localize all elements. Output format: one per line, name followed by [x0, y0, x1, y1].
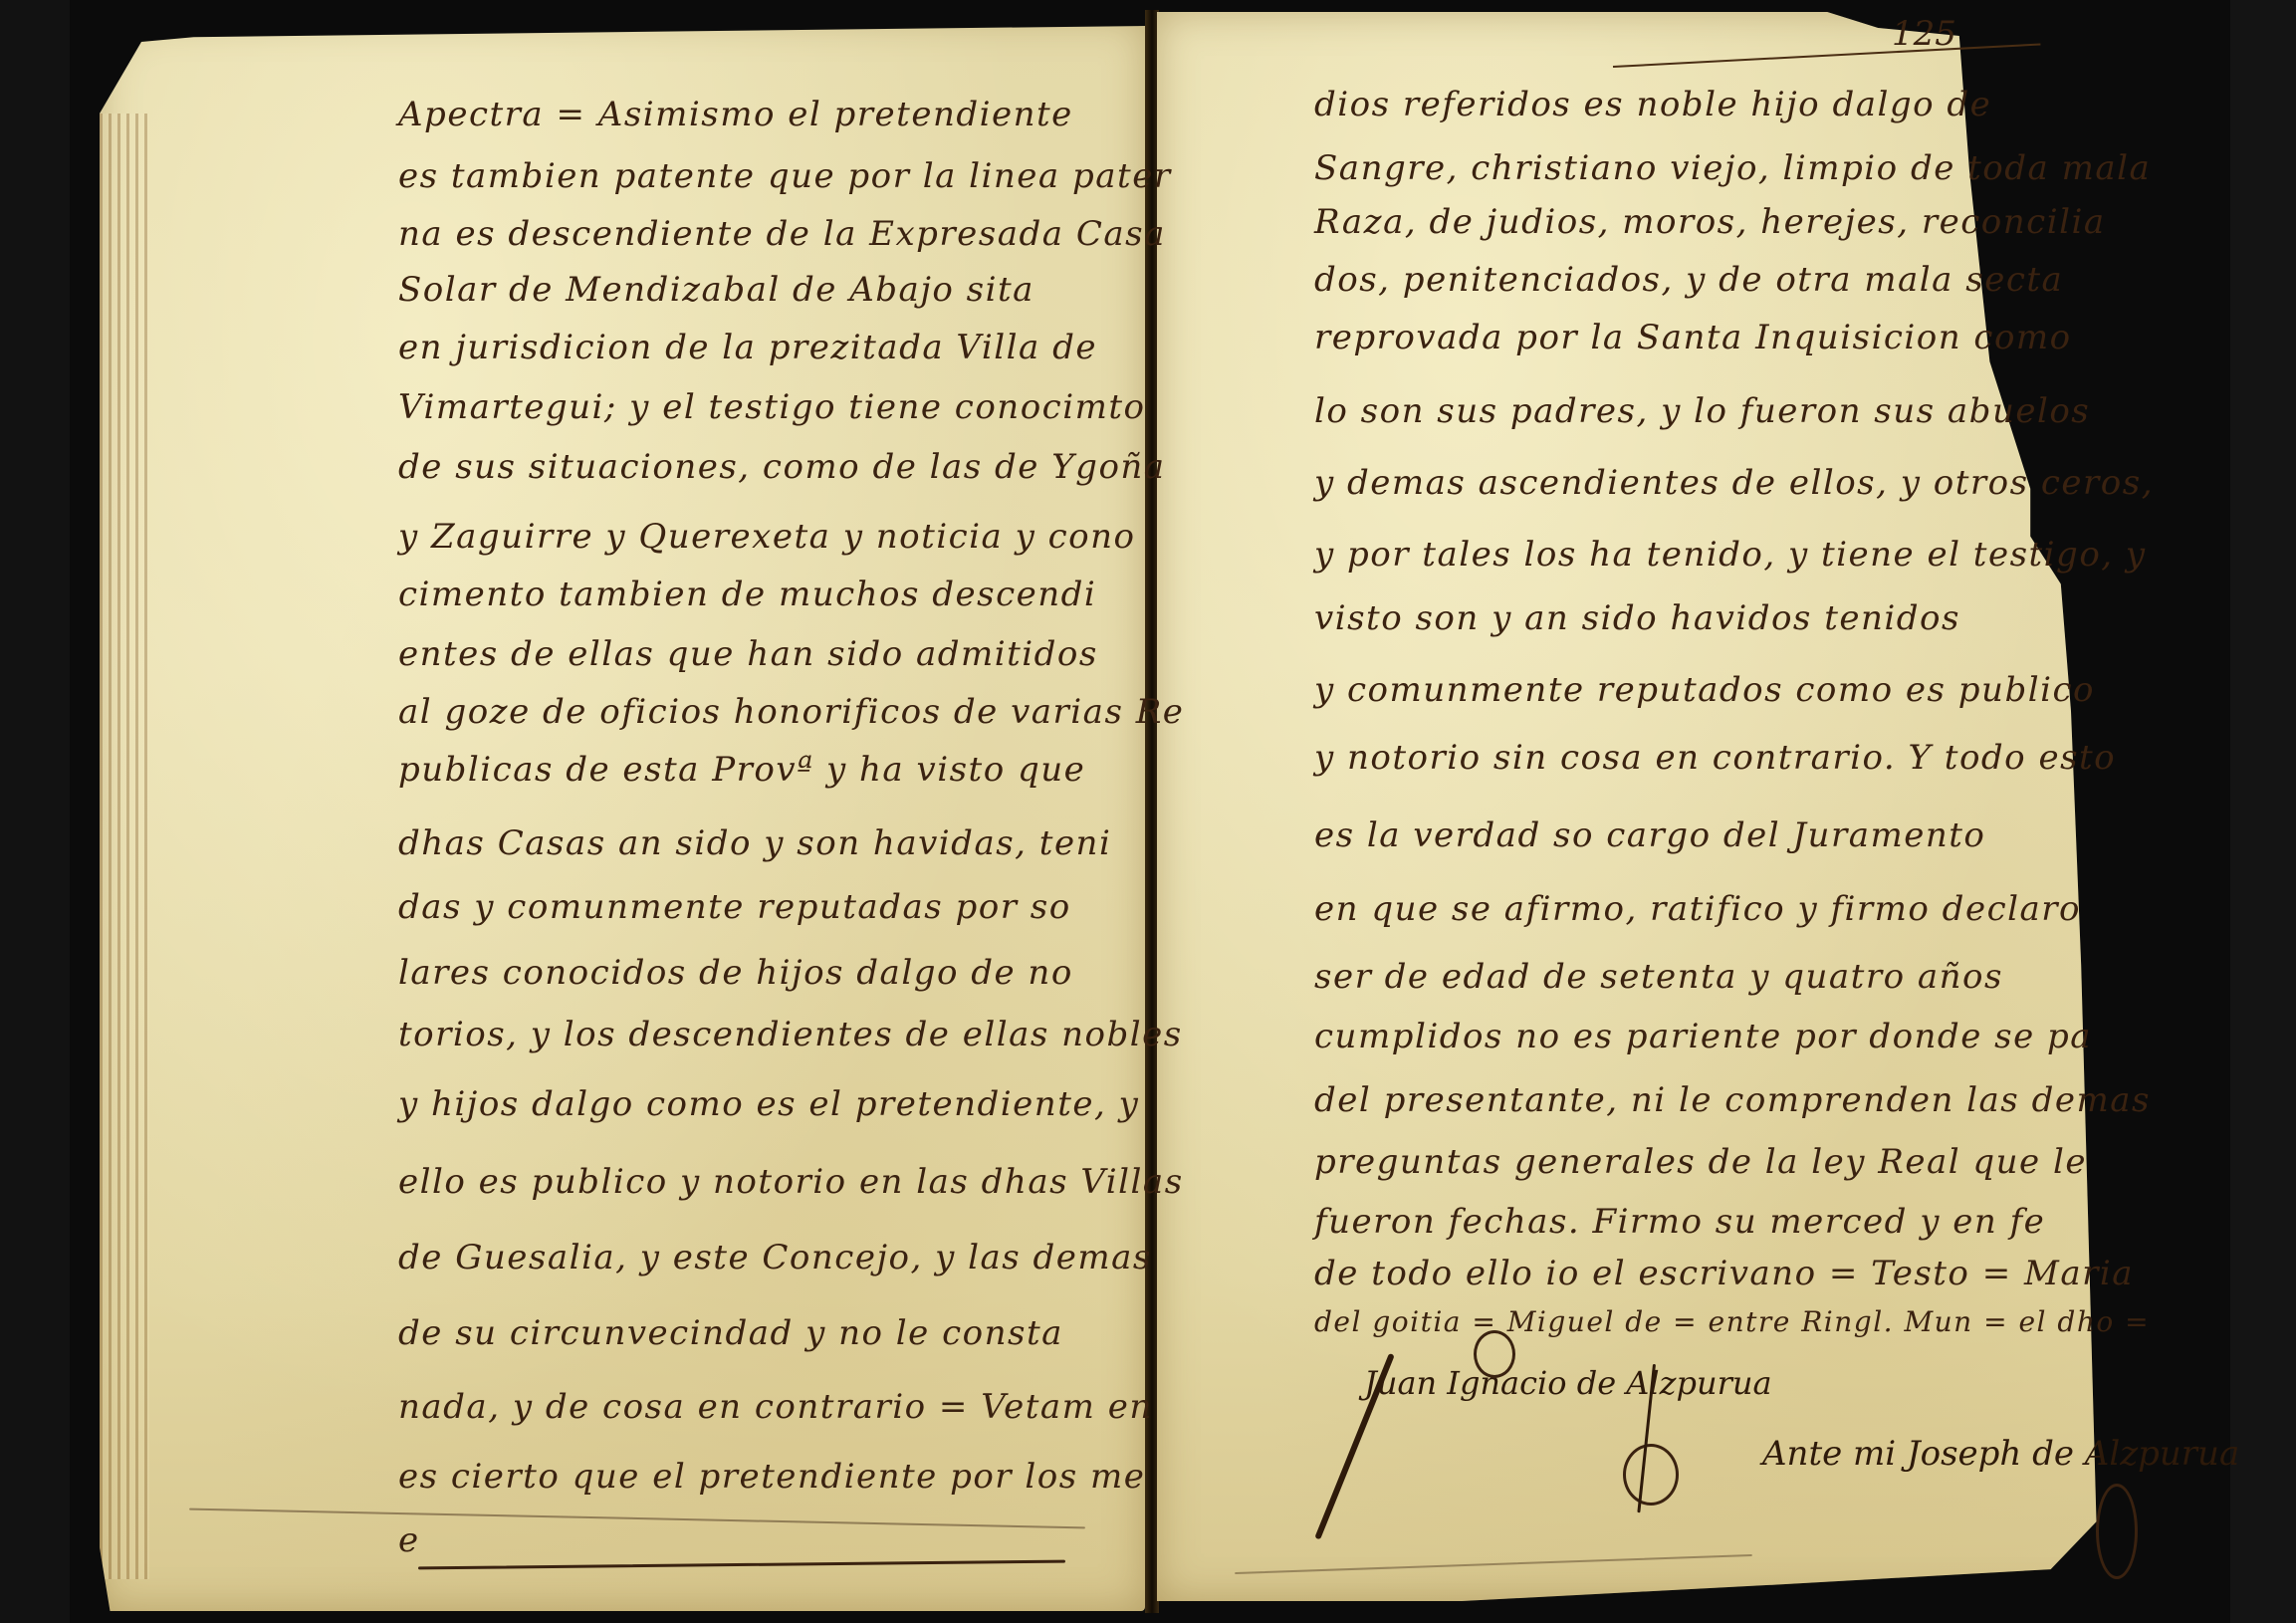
manuscript-line: y notorio sin cosa en contrario. Y todo …: [1314, 741, 2116, 775]
manuscript-line: en que se afirmo, ratifico y firmo decla…: [1314, 892, 2081, 926]
manuscript-line: torios, y los descendientes de ellas nob…: [398, 1018, 1183, 1051]
scan-frame-right: [2230, 0, 2296, 1623]
left-page-text: Apectra = Asimismo el pretendiente es ta…: [398, 0, 1155, 1593]
manuscript-line: y demas ascendientes de ellos, y otros c…: [1314, 466, 2154, 500]
manuscript-line: del presentante, ni le comprenden las de…: [1314, 1083, 2151, 1117]
manuscript-line: publicas de esta Provª y ha visto que: [398, 753, 1085, 787]
manuscript-line: nada, y de cosa en contrario = Vetam en: [398, 1390, 1153, 1424]
manuscript-line: de sus situaciones, como de las de Ygoña: [398, 450, 1166, 484]
manuscript-line: reprovada por la Santa Inquisicion como: [1314, 321, 2072, 354]
manuscript-line: y comunmente reputados como es publico: [1314, 673, 2095, 707]
manuscript-line: fueron fechas. Firmo su merced y en fe: [1314, 1205, 2045, 1239]
manuscript-line: y por tales los ha tenido, y tiene el te…: [1314, 538, 2147, 572]
manuscript-line: lares conocidos de hijos dalgo de no: [398, 956, 1073, 990]
manuscript-line: en jurisdicion de la prezitada Villa de: [398, 331, 1097, 364]
manuscript-line: Apectra = Asimismo el pretendiente: [398, 98, 1073, 131]
signature-right: Ante mi Joseph de Alzpurua: [1762, 1434, 2239, 1474]
signature-left: Juan Ignacio de Alzpurua: [1364, 1364, 1772, 1402]
manuscript-line: entes de ellas que han sido admitidos: [398, 637, 1098, 671]
manuscript-line: ello es publico y notorio en las dhas Vi…: [398, 1165, 1184, 1199]
manuscript-line: Vimartegui; y el testigo tiene conocimto: [398, 390, 1145, 424]
manuscript-line: del goitia = Miguel de = entre Ringl. Mu…: [1314, 1308, 2150, 1336]
manuscript-line: dos, penitenciados, y de otra mala secta: [1314, 263, 2063, 297]
manuscript-line: de todo ello io el escrivano = Testo = M…: [1314, 1257, 2134, 1290]
manuscript-line: preguntas generales de la ley Real que l…: [1314, 1145, 2087, 1179]
manuscript-line: al goze de oficios honorificos de varias…: [398, 695, 1184, 729]
closing-mark: e: [398, 1523, 420, 1557]
manuscript-line: y hijos dalgo como es el pretendiente, y: [398, 1087, 1139, 1121]
manuscript-line: de Guesalia, y este Concejo, y las demas: [398, 1241, 1152, 1275]
manuscript-line: ser de edad de setenta y quatro años: [1314, 960, 2003, 994]
manuscript-line: es tambien patente que por la linea pate…: [398, 159, 1172, 193]
manuscript-line: dios referidos es noble hijo dalgo de: [1314, 88, 1991, 121]
right-page-text: dios referidos es noble hijo dalgo de Sa…: [1314, 0, 2190, 1593]
signature-rubric-right: [2096, 1484, 2138, 1579]
scan-frame-left: [0, 0, 70, 1623]
manuscript-line: Sangre, christiano viejo, limpio de toda…: [1314, 151, 2151, 185]
manuscript-line: cumplidos no es pariente por donde se pa: [1314, 1020, 2092, 1053]
manuscript-line: es la verdad so cargo del Juramento: [1314, 818, 1985, 852]
manuscript-line: das y comunmente reputadas por so: [398, 890, 1071, 924]
manuscript-line: Solar de Mendizabal de Abajo sita: [398, 273, 1034, 307]
manuscript-line: de su circunvecindad y no le consta: [398, 1316, 1063, 1350]
signature-rubric-top: [1474, 1330, 1515, 1378]
manuscript-line: na es descendiente de la Expresada Casa: [398, 217, 1166, 251]
manuscript-line: cimento tambien de muchos descendi: [398, 578, 1096, 611]
manuscript-line: visto son y an sido havidos tenidos: [1314, 601, 1960, 635]
manuscript-line: lo son sus padres, y lo fueron sus abuel…: [1314, 394, 2090, 428]
manuscript-line: Raza, de judios, moros, herejes, reconci…: [1314, 205, 2106, 239]
manuscript-line: es cierto que el pretendiente por los me: [398, 1460, 1145, 1494]
manuscript-line: dhas Casas an sido y son havidas, teni: [398, 826, 1111, 860]
signature-rubric-left: [1623, 1444, 1679, 1506]
manuscript-line: y Zaguirre y Querexeta y noticia y cono: [398, 520, 1136, 554]
